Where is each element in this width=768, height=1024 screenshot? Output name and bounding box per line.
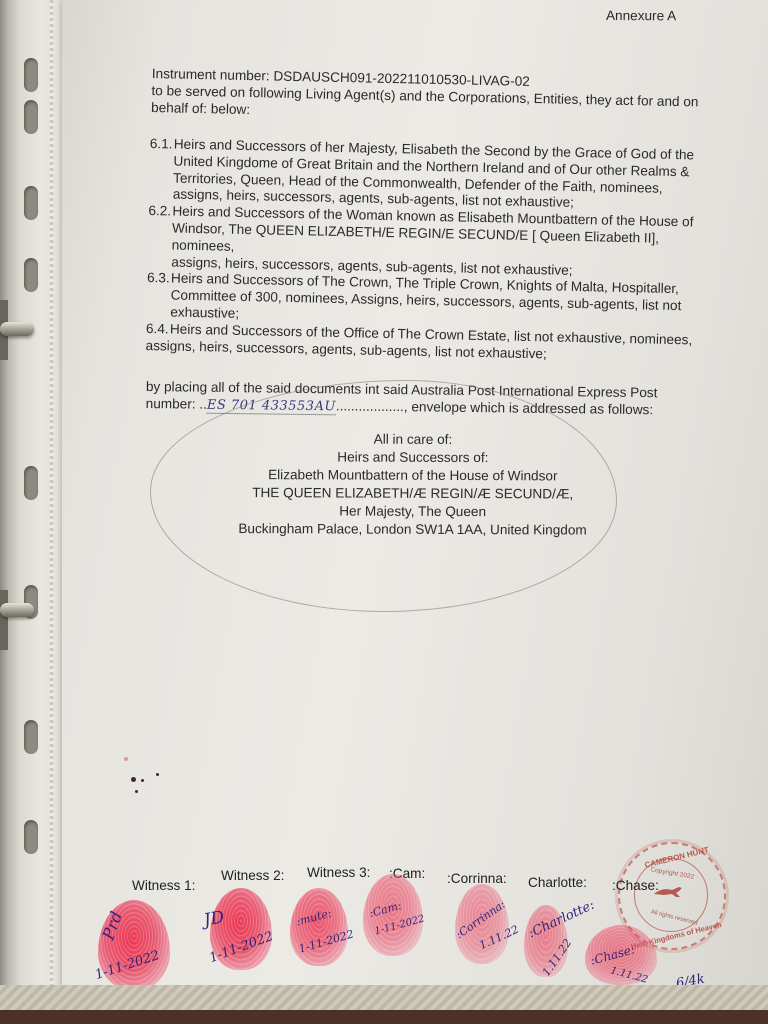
number-label: number: xyxy=(146,396,200,412)
chase-label: :Chase: xyxy=(612,878,659,895)
signature-witness-2: JD xyxy=(203,910,226,928)
address-line: Buckingham Palace, London SW1A 1AA, Unit… xyxy=(233,520,593,540)
charlotte-label: Charlotte: xyxy=(528,875,587,892)
ink-speck xyxy=(141,779,144,782)
clause-6-1: 6.1. Heirs and Successors of her Majesty… xyxy=(149,136,710,215)
clause-number: 6.2. xyxy=(148,203,171,220)
table-surface xyxy=(0,1010,768,1024)
address-line: Elizabeth Mountbattern of the House of W… xyxy=(233,466,593,486)
witness-1-label: Witness 1: xyxy=(132,878,195,895)
clause-number: 6.3. xyxy=(147,270,170,287)
clause-number: 6.4. xyxy=(146,321,169,338)
address-line: THE QUEEN ELIZABETH/Æ REGIN/Æ SECUND/Æ, xyxy=(233,484,593,504)
mailing-address: All in care of: Heirs and Successors of:… xyxy=(233,430,593,540)
annexure-label: Annexure A xyxy=(606,8,676,25)
witness-3-label: Witness 3: xyxy=(307,865,370,882)
clause-6-2: 6.2. Heirs and Successors of the Woman k… xyxy=(147,203,708,282)
address-line: Heirs and Successors of: xyxy=(233,448,593,468)
address-line: Her Majesty, The Queen xyxy=(233,502,593,522)
ink-speck xyxy=(131,777,136,782)
ink-speck xyxy=(135,790,138,793)
instrument-header: Instrument number: DSDAUSCH091-202211010… xyxy=(151,66,699,128)
document-content: Annexure A Instrument number: DSDAUSCH09… xyxy=(0,0,768,1000)
ink-speck xyxy=(124,757,128,761)
address-line: All in care of: xyxy=(233,430,593,450)
clause-list: 6.1. Heirs and Successors of her Majesty… xyxy=(145,136,709,366)
ink-speck xyxy=(156,773,159,776)
clause-number: 6.1. xyxy=(150,136,173,153)
witness-2-label: Witness 2: xyxy=(221,868,284,885)
